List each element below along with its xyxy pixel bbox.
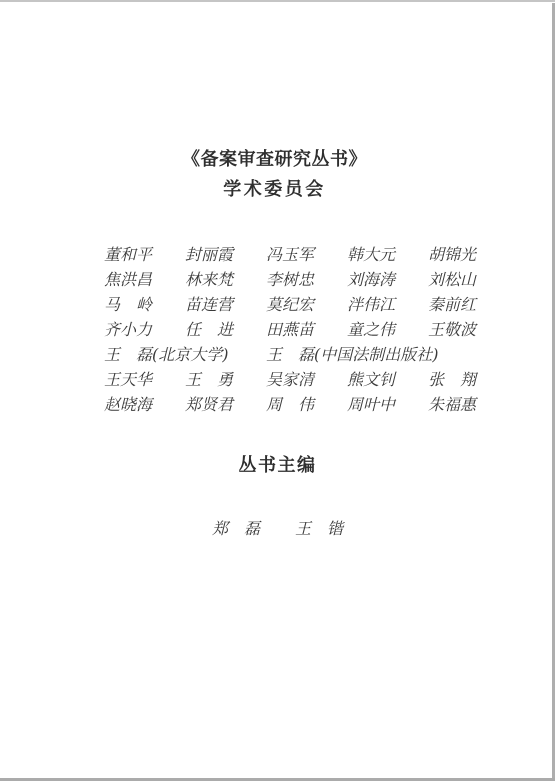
committee-member: 赵晓海 bbox=[104, 392, 185, 415]
committee-row: 赵晓海 郑贤君 周 伟 周叶中 朱福惠 bbox=[104, 391, 509, 416]
committee-member: 秦前红 bbox=[428, 292, 509, 315]
series-editor: 郑 磊 bbox=[212, 518, 260, 540]
committee-member: 张 翔 bbox=[428, 367, 509, 390]
committee-member: 童之伟 bbox=[347, 317, 428, 340]
committee-member: 刘海涛 bbox=[347, 267, 428, 290]
committee-member: 马 岭 bbox=[104, 292, 185, 315]
committee-row: 王天华 王 勇 吴家清 熊文钊 张 翔 bbox=[104, 366, 509, 391]
committee-member: 王敬波 bbox=[428, 317, 509, 340]
committee-member: 王 磊(北京大学) bbox=[104, 342, 266, 365]
committee-title: 学术委员会 bbox=[0, 176, 549, 203]
series-editor-heading: 丛书主编 bbox=[0, 452, 555, 479]
committee-member: 熊文钊 bbox=[347, 367, 428, 390]
committee-member: 田燕苗 bbox=[266, 317, 347, 340]
committee-member: 冯玉军 bbox=[266, 242, 347, 265]
title-block: 《备案审查研究丛书》 学术委员会 bbox=[0, 146, 549, 203]
committee-member: 王天华 bbox=[104, 367, 185, 390]
scan-edge-bottom bbox=[0, 778, 555, 781]
committee-member: 王 勇 bbox=[185, 367, 266, 390]
committee-name-grid: 董和平 封丽霞 冯玉军 韩大元 胡锦光 焦洪昌 林来梵 李树忠 刘海涛 刘松山 … bbox=[104, 241, 509, 416]
committee-member: 周叶中 bbox=[347, 392, 428, 415]
committee-member: 任 进 bbox=[185, 317, 266, 340]
committee-member: 董和平 bbox=[104, 242, 185, 265]
committee-member: 韩大元 bbox=[347, 242, 428, 265]
series-editors: 郑 磊 王 锴 bbox=[0, 518, 555, 540]
committee-member: 胡锦光 bbox=[428, 242, 509, 265]
committee-member: 齐小力 bbox=[104, 317, 185, 340]
committee-row: 董和平 封丽霞 冯玉军 韩大元 胡锦光 bbox=[104, 241, 509, 266]
scan-edge-top bbox=[0, 0, 555, 2]
committee-member: 泮伟江 bbox=[347, 292, 428, 315]
series-title: 《备案审查研究丛书》 bbox=[0, 146, 549, 173]
committee-member: 封丽霞 bbox=[185, 242, 266, 265]
committee-member: 苗连营 bbox=[185, 292, 266, 315]
committee-row: 王 磊(北京大学) 王 磊(中国法制出版社) bbox=[104, 341, 509, 366]
committee-member: 焦洪昌 bbox=[104, 267, 185, 290]
committee-member: 李树忠 bbox=[266, 267, 347, 290]
committee-row: 齐小力 任 进 田燕苗 童之伟 王敬波 bbox=[104, 316, 509, 341]
committee-member: 周 伟 bbox=[266, 392, 347, 415]
series-editor: 王 锴 bbox=[295, 518, 343, 540]
committee-member: 莫纪宏 bbox=[266, 292, 347, 315]
committee-member: 郑贤君 bbox=[185, 392, 266, 415]
committee-member: 林来梵 bbox=[185, 267, 266, 290]
committee-member: 朱福惠 bbox=[428, 392, 509, 415]
committee-member: 吴家清 bbox=[266, 367, 347, 390]
committee-row: 马 岭 苗连营 莫纪宏 泮伟江 秦前红 bbox=[104, 291, 509, 316]
committee-row: 焦洪昌 林来梵 李树忠 刘海涛 刘松山 bbox=[104, 266, 509, 291]
committee-member: 王 磊(中国法制出版社) bbox=[266, 342, 509, 365]
scanned-book-page: 《备案审查研究丛书》 学术委员会 董和平 封丽霞 冯玉军 韩大元 胡锦光 焦洪昌… bbox=[0, 0, 555, 782]
committee-member: 刘松山 bbox=[428, 267, 509, 290]
